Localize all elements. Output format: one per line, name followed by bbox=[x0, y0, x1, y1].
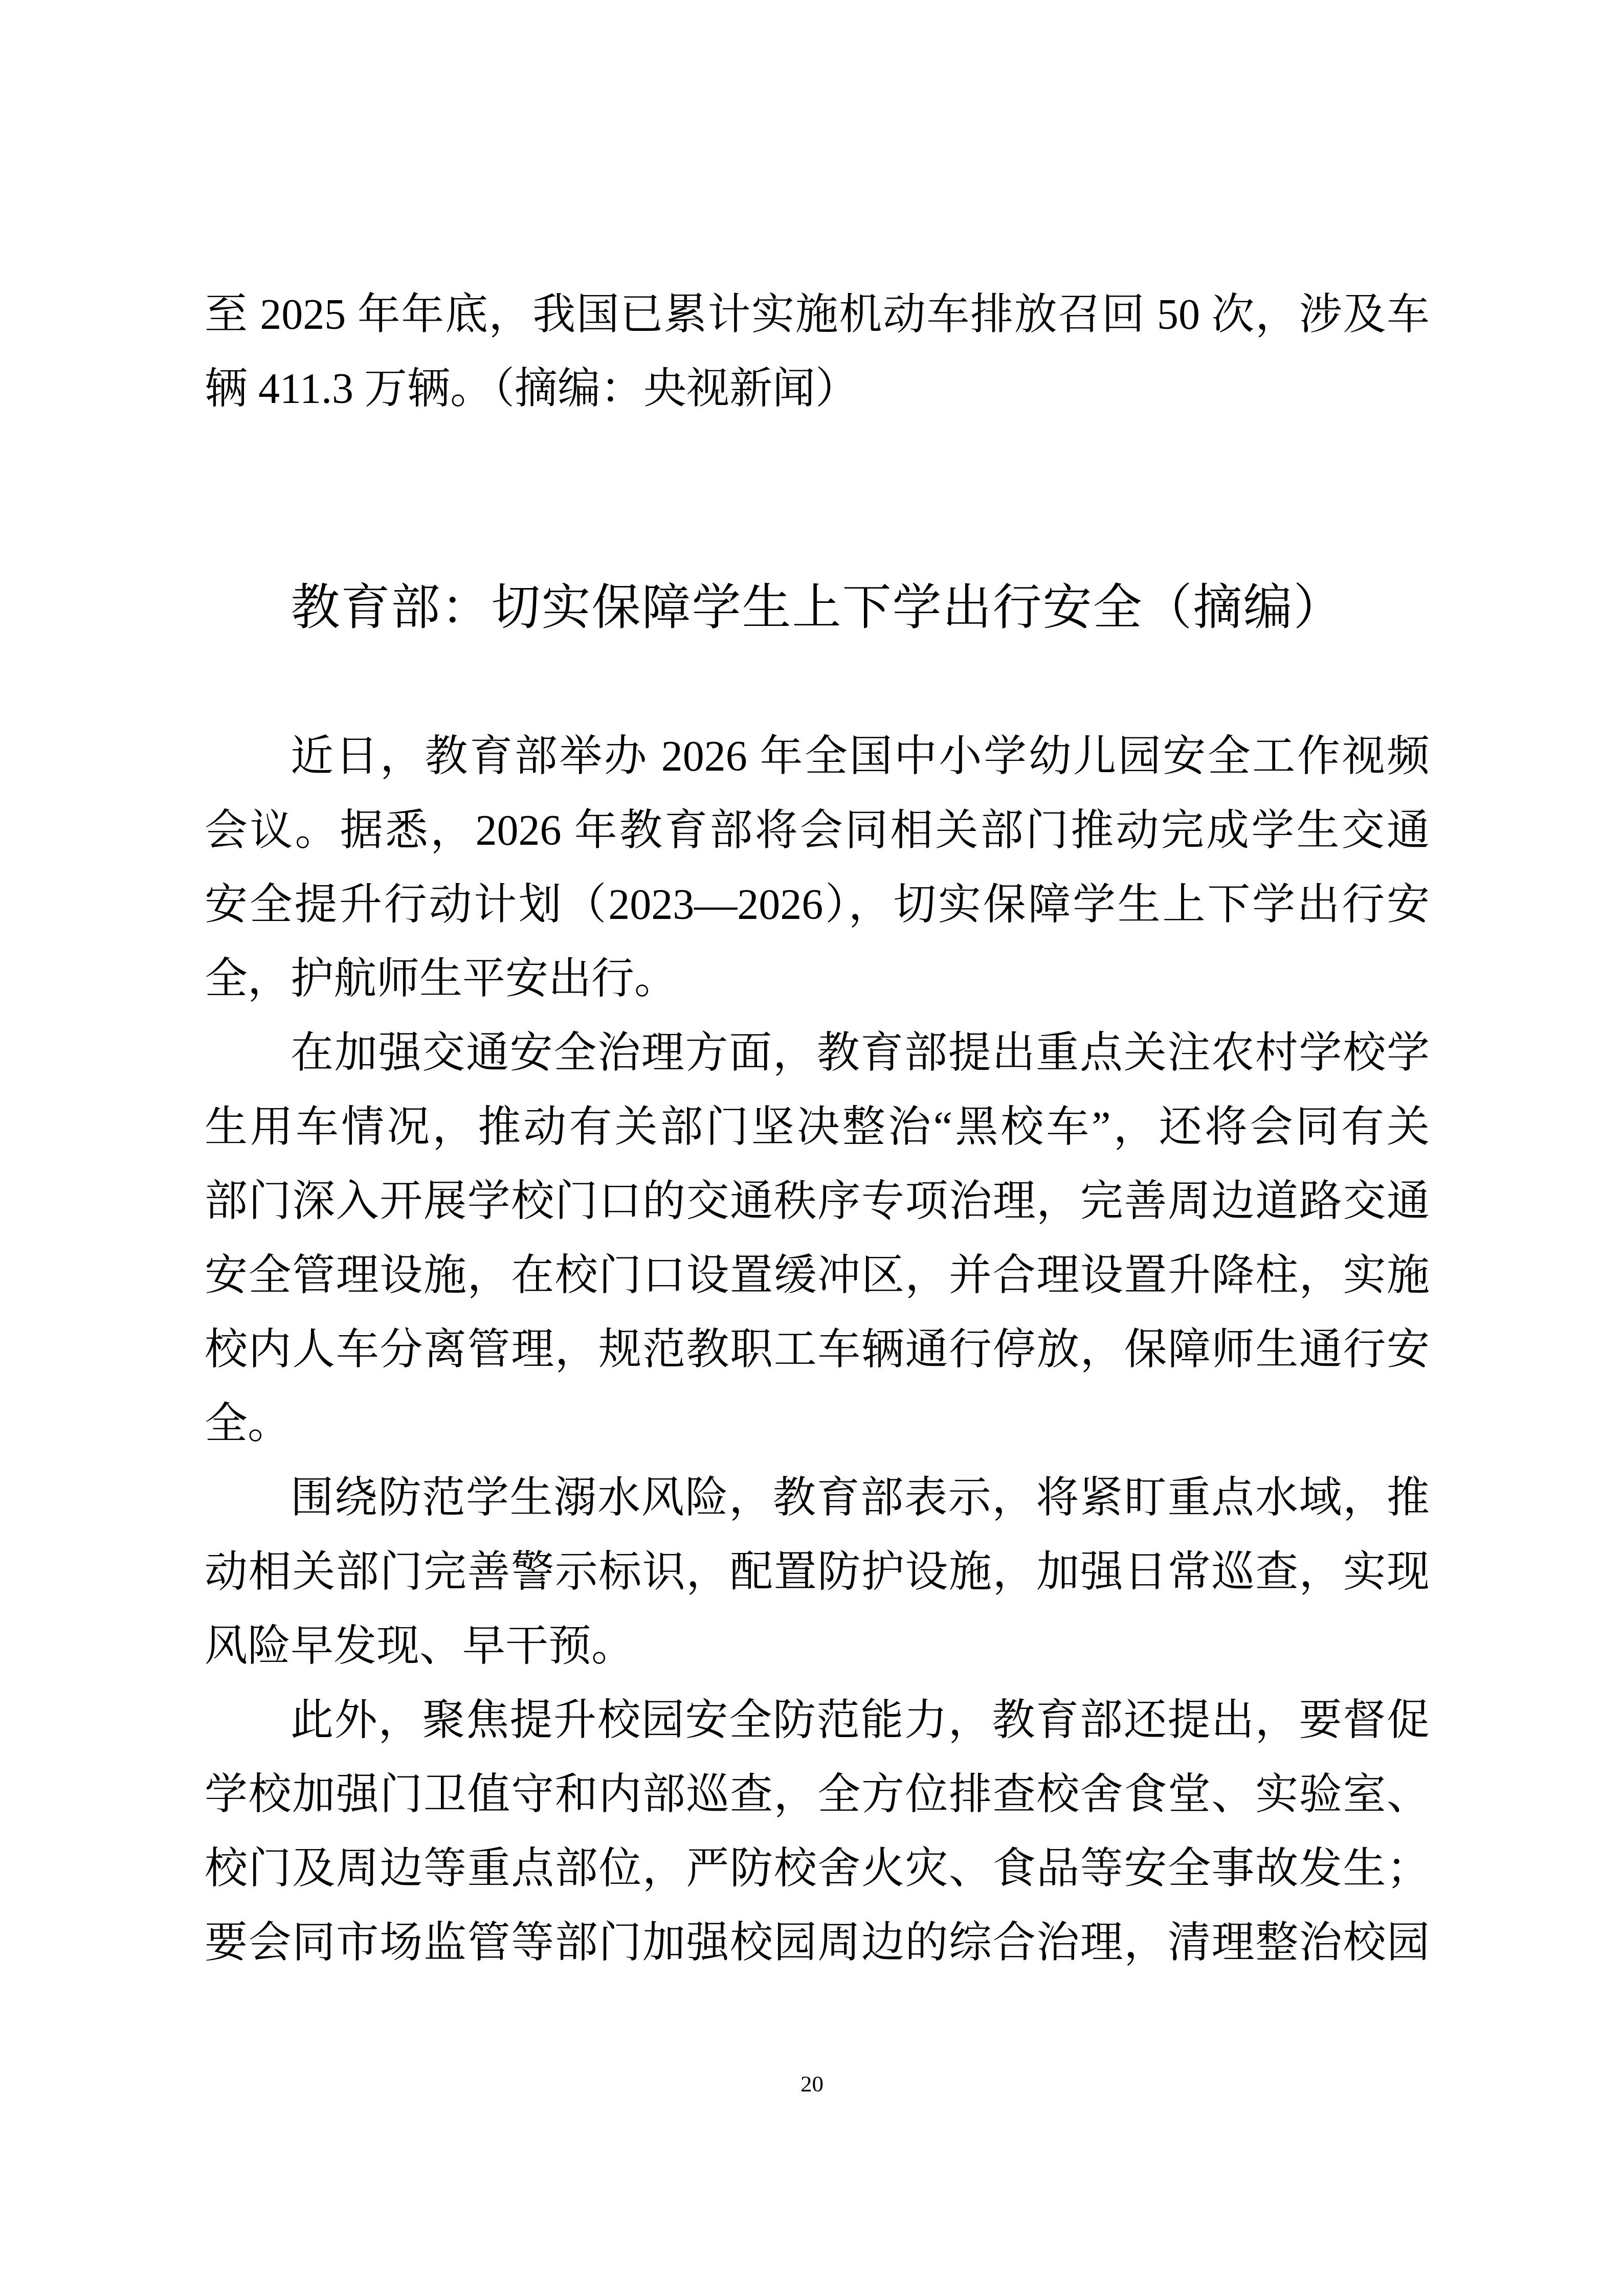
text-line: 校内人车分离管理，规范教职工车辆通行停放，保障师生通行安 bbox=[205, 1313, 1430, 1387]
text-line: 全。 bbox=[205, 1387, 1430, 1461]
text-line: 至 2025 年年底，我国已累计实施机动车排放召回 50 次，涉及车 bbox=[205, 278, 1430, 352]
text-line: 要会同市场监管等部门加强校园周边的综合治理，清理整治校园 bbox=[205, 1906, 1430, 1980]
text-line: 校门及周边等重点部位，严防校舍火灾、食品等安全事故发生； bbox=[205, 1832, 1430, 1906]
text-line: 风险早发现、早干预。 bbox=[205, 1609, 1430, 1683]
text-line: 部门深入开展学校门口的交通秩序专项治理，完善周边道路交通 bbox=[205, 1164, 1430, 1239]
text-line: 在加强交通安全治理方面，教育部提出重点关注农村学校学 bbox=[205, 1016, 1430, 1090]
page-number: 20 bbox=[800, 2071, 824, 2097]
text-line: 动相关部门完善警示标识，配置防护设施，加强日常巡查，实现 bbox=[205, 1535, 1430, 1609]
page-footer: 20 bbox=[0, 2068, 1624, 2099]
text-line: 围绕防范学生溺水风险，教育部表示，将紧盯重点水域，推 bbox=[205, 1461, 1430, 1535]
text-line: 近日，教育部举办 2026 年全国中小学幼儿园安全工作视频 bbox=[205, 719, 1430, 794]
text-line: 全，护航师生平安出行。 bbox=[205, 942, 1430, 1016]
text-line: 辆 411.3 万辆。（摘编：央视新闻） bbox=[205, 352, 1430, 426]
text-line: 安全提升行动计划（2023—2026），切实保障学生上下学出行安 bbox=[205, 868, 1430, 942]
text-line: 安全管理设施，在校门口设置缓冲区，并合理设置升降柱，实施 bbox=[205, 1239, 1430, 1313]
text-line: 生用车情况，推动有关部门坚决整治“黑校车”，还将会同有关 bbox=[205, 1090, 1430, 1164]
text-line: 会议。据悉，2026 年教育部将会同相关部门推动完成学生交通 bbox=[205, 794, 1430, 868]
document-body: 至 2025 年年底，我国已累计实施机动车排放召回 50 次，涉及车 辆 411… bbox=[205, 278, 1430, 1980]
section-heading: 教育部：切实保障学生上下学出行安全（摘编） bbox=[205, 569, 1430, 646]
text-line: 学校加强门卫值守和内部巡查，全方位排查校舍食堂、实验室、 bbox=[205, 1758, 1430, 1832]
document-page: 至 2025 年年底，我国已累计实施机动车排放召回 50 次，涉及车 辆 411… bbox=[0, 0, 1624, 2296]
text-line: 此外，聚焦提升校园安全防范能力，教育部还提出，要督促 bbox=[205, 1683, 1430, 1758]
